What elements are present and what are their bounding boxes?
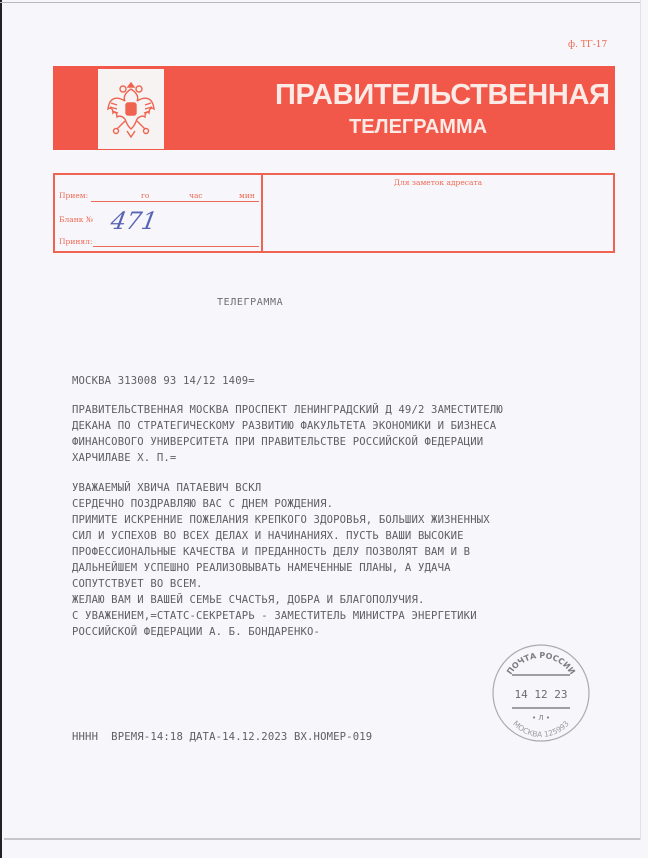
- minutes-label: мин: [239, 191, 255, 200]
- blank-number: 471: [109, 207, 160, 235]
- body-line: СОПУТСТВУЕТ ВО ВСЕМ.: [72, 578, 203, 590]
- address-line: ПРАВИТЕЛЬСТВЕННАЯ МОСКВА ПРОСПЕКТ ЛЕНИНГ…: [72, 404, 503, 416]
- routing-line: МОСКВА 313008 93 14/12 1409=: [72, 375, 255, 387]
- received-line: [91, 201, 259, 202]
- page-edge-right: [640, 0, 641, 840]
- address-line: ХАРЧИЛАВЕ Х. П.=: [72, 452, 176, 464]
- body-line: СЕРДЕЧНО ПОЗДРАВЛЯЮ ВАС С ДНЕМ РОЖДЕНИЯ.: [72, 498, 333, 510]
- address-line: ФИНАНСОВОГО УНИВЕРСИТЕТА ПРИ ПРАВИТЕЛЬСТ…: [72, 436, 483, 448]
- coat-of-arms-icon: [98, 69, 164, 149]
- banner-title: ПРАВИТЕЛЬСТВЕННАЯ: [275, 79, 610, 112]
- hours-label: час: [189, 191, 203, 200]
- receipt-box: Прием: го час мин Бланк № 471 Принял: Дл…: [53, 173, 615, 253]
- telegram-banner: ПРАВИТЕЛЬСТВЕННАЯ ТЕЛЕГРАММА: [53, 66, 615, 150]
- received-label: Прием:: [59, 191, 88, 200]
- body-line: ДАЛЬНЕЙШЕМ УСПЕШНО РЕАЛИЗОВЫВАТЬ НАМЕЧЕН…: [72, 562, 451, 574]
- year-label: го: [141, 191, 149, 200]
- stamp-top-text: ПОЧТА РОССИИ: [505, 651, 577, 676]
- stamp-date: 14 12 23: [515, 688, 568, 701]
- postal-stamp-icon: ПОЧТА РОССИИ 14 12 23 • Л • МОСКВА 12599…: [490, 642, 592, 744]
- accepted-label: Принял:: [59, 237, 92, 246]
- stamp-mid-text: • Л •: [532, 714, 550, 722]
- page-edge-left: [0, 0, 2, 858]
- body-line: ПРОФЕССИОНАЛЬНЫЕ КАЧЕСТВА И ПРЕДАННОСТЬ …: [72, 546, 470, 558]
- form-code: ф. ТГ-17: [568, 40, 607, 50]
- receipt-fields: Прием: го час мин Бланк № 471 Принял:: [55, 175, 263, 251]
- banner-subtitle: ТЕЛЕГРАММА: [349, 116, 487, 139]
- body-line: СИЛ И УСПЕХОВ ВО ВСЕХ ДЕЛАХ И НАЧИНАНИЯХ…: [72, 530, 464, 542]
- notes-label: Для заметок адресата: [263, 178, 613, 187]
- body-line: С УВАЖЕНИЕМ,=СТАТС-СЕКРЕТАРЬ - ЗАМЕСТИТЕ…: [72, 610, 477, 622]
- body-line: ЖЕЛАЮ ВАМ И ВАШЕЙ СЕМЬЕ СЧАСТЬЯ, ДОБРА И…: [72, 594, 425, 606]
- notes-area: Для заметок адресата: [263, 175, 613, 251]
- footer-line: НННН ВРЕМЯ-14:18 ДАТА-14.12.2023 ВХ.НОМЕ…: [72, 731, 372, 743]
- body-line: РОССИЙСКОЙ ФЕДЕРАЦИИ А. Б. БОНДАРЕНКО-: [72, 626, 320, 638]
- accepted-line: [93, 246, 259, 247]
- page-edge-top: [0, 2, 640, 3]
- telegram-heading: ТЕЛЕГРАММА: [217, 297, 283, 308]
- address-line: ДЕКАНА ПО СТРАТЕГИЧЕСКОМУ РАЗВИТИЮ ФАКУЛ…: [72, 420, 496, 432]
- blank-label: Бланк №: [59, 215, 93, 224]
- body-line: УВАЖАЕМЫЙ ХВИЧА ПАТАЕВИЧ ВСКЛ: [72, 482, 261, 494]
- svg-text:ПОЧТА РОССИИ: ПОЧТА РОССИИ: [505, 651, 577, 676]
- page-edge-bottom: [4, 838, 640, 840]
- body-line: ПРИМИТЕ ИСКРЕННИЕ ПОЖЕЛАНИЯ КРЕПКОГО ЗДО…: [72, 514, 490, 526]
